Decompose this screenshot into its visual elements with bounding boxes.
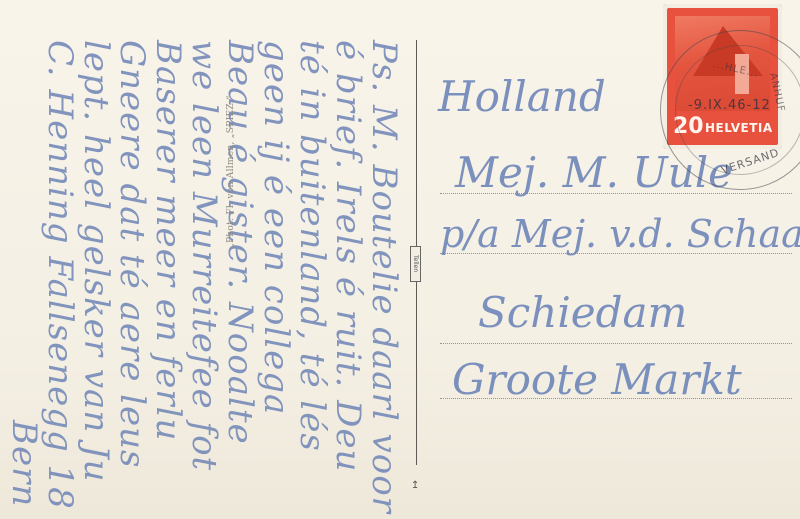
divider-foot-icon: ↥ [411, 480, 419, 491]
handwritten-message: Ps. M. Boutelie daarl voor é brief. Irel… [0, 0, 410, 519]
address-city: Schiedam [478, 288, 687, 337]
address-rule [440, 343, 792, 344]
message-line: Bern [4, 420, 44, 507]
message-line: é brief. Irels é ruit. Deu [328, 40, 368, 472]
message-line: we leen Murreitefee fot [184, 40, 224, 471]
address-street: Groote Markt [452, 355, 742, 404]
printer-mark: Tellen [410, 246, 421, 282]
message-line: C. Henning Fallsenegg 18 [40, 40, 80, 510]
postmark-date: -9.IX.46-12 [688, 98, 771, 113]
address-country: Holland [438, 72, 606, 121]
address-care-of: p/a Mej. v.d. Schaaf [440, 212, 800, 256]
message-line: té in buitenland, té lés [292, 40, 332, 452]
message-line: lept. heel gelsker van Ju [76, 40, 116, 483]
message-line: Ps. M. Boutelie daarl voor [364, 40, 404, 514]
photo-credit: „Phot. Fl. von Allmen, „SPIEZ.“ [226, 95, 236, 248]
message-line: Gneere dat té aere leus [112, 40, 152, 469]
message-line: geen ij é een collega [256, 40, 296, 415]
message-line: Baserer meer en ferlu [148, 40, 188, 441]
postcard-back: Ps. M. Boutelie daarl voor é brief. Irel… [0, 0, 800, 519]
